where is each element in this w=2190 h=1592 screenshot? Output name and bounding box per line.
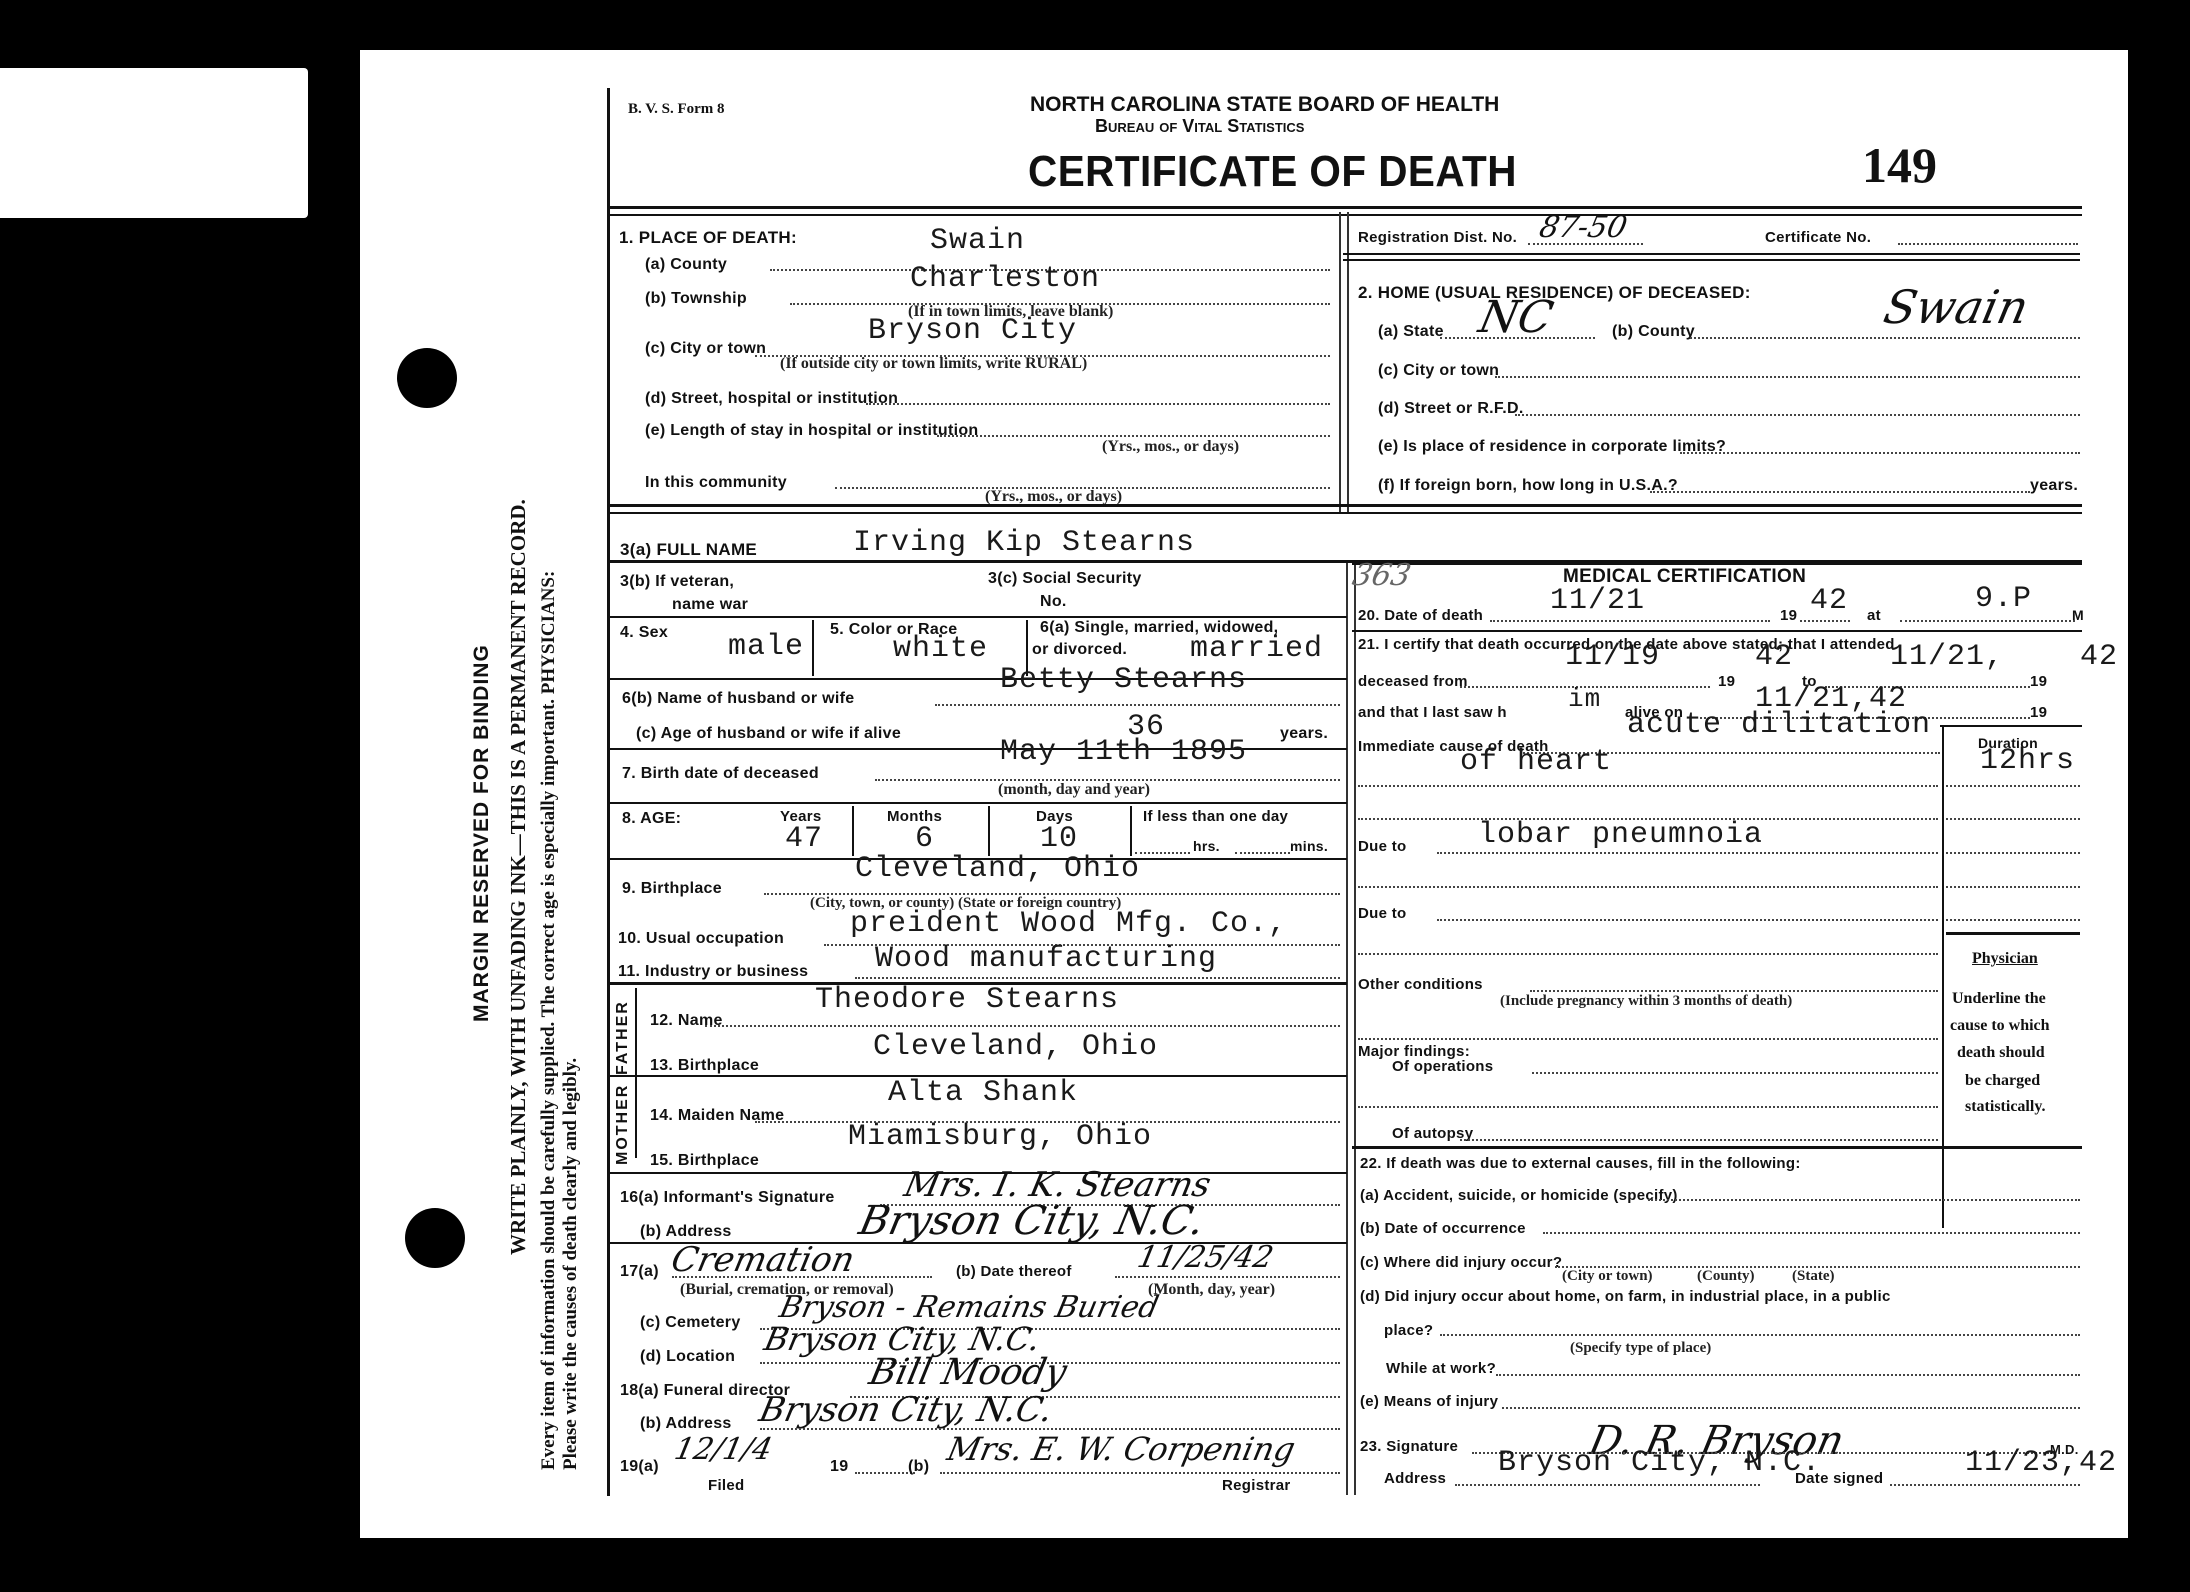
autopsy-line[interactable]: [1460, 1139, 1938, 1141]
medical-bottom-rule: [1352, 1146, 2082, 1149]
header-rule-1: [607, 206, 2082, 209]
date-signed-line: [1890, 1484, 2080, 1486]
margin-reserved-text: MARGIN RESERVED FOR BINDING: [470, 644, 494, 1022]
ssn-label-1: 3(c) Social Security: [988, 570, 1142, 588]
physician-note-line-5: statistically.: [1965, 1098, 2045, 1116]
external-c-hint-state: (State): [1792, 1268, 1834, 1285]
death-time-suffix: M: [2072, 607, 2084, 623]
full-name-label: 3(a) FULL NAME: [620, 540, 757, 560]
spouse-name-label: 6(b) Name of husband or wife: [622, 690, 854, 708]
age-label: 8. AGE:: [622, 810, 681, 828]
margin-instruction-2b: Please write the causes of death clearly…: [560, 1058, 582, 1470]
attended-from-year-prefix: 19: [1718, 673, 1735, 690]
physician-note-line-4: be charged: [1965, 1072, 2040, 1090]
external-e-label: (e) Means of injury: [1360, 1393, 1498, 1410]
home-city-label: (c) City or town: [1378, 362, 1499, 380]
full-name-value[interactable]: Irving Kip Stearns: [853, 526, 1195, 560]
registrar-line: [940, 1472, 1340, 1474]
external-c-label: (c) Where did injury occur?: [1360, 1254, 1562, 1271]
mother-birthplace-label: 15. Birthplace: [650, 1152, 759, 1170]
death-time-line: [1900, 620, 2075, 622]
age-days-value[interactable]: 10: [1040, 822, 1078, 856]
community-label: In this community: [645, 474, 787, 492]
registrar-label: Registrar: [1222, 1477, 1291, 1494]
external-c-hint-county: (County): [1697, 1268, 1755, 1285]
registration-rule: [1343, 253, 2080, 255]
filed-year-label: 19: [830, 1458, 848, 1476]
duration-line-2: [1946, 818, 2080, 820]
death-township-value[interactable]: Charleston: [910, 262, 1100, 296]
home-state-label: (a) State: [1378, 323, 1444, 341]
binding-hole-top: [397, 348, 457, 408]
industry-value[interactable]: Wood manufacturing: [875, 942, 1217, 976]
death-year-line: [1800, 620, 1850, 622]
mother-birthplace-value[interactable]: Miamisburg, Ohio: [848, 1120, 1152, 1154]
date-signed-label: Date signed: [1795, 1470, 1883, 1487]
home-state-value[interactable]: NC: [1475, 292, 1558, 343]
attended-to-year[interactable]: 42: [2080, 640, 2118, 674]
sex-label: 4. Sex: [620, 624, 668, 642]
section-rule-1: [607, 504, 2082, 507]
other-conditions-hint: (Include pregnancy within 3 months of de…: [1500, 993, 1792, 1010]
death-street-line[interactable]: [866, 403, 1330, 405]
age-years-value[interactable]: 47: [785, 822, 823, 856]
external-b-line[interactable]: [1543, 1232, 2080, 1234]
certificate-paper: [360, 50, 2128, 1538]
home-street-line[interactable]: [1515, 414, 2080, 416]
marital-label-2: or divorced.: [1032, 641, 1127, 659]
last-saw-label: and that I last saw h: [1358, 704, 1507, 721]
age-divider-2: [988, 806, 990, 856]
cemetery-label: (c) Cemetery: [640, 1314, 741, 1332]
due-to-1-line: [1437, 852, 1938, 854]
date-signed-value[interactable]: 11/23,42: [1965, 1446, 2117, 1480]
death-county-label: (a) County: [645, 256, 727, 274]
occupation-value[interactable]: preident Wood Mfg. Co.,: [850, 907, 1287, 941]
cause-line-7: [1358, 953, 1938, 955]
age-hrs-line[interactable]: [1135, 852, 1190, 854]
death-year-value[interactable]: 42: [1810, 584, 1848, 618]
age-hrs-label: hrs.: [1193, 838, 1220, 854]
registration-rule-2: [1343, 259, 2080, 261]
sex-divider: [812, 620, 814, 676]
death-city-label: (c) City or town: [645, 340, 766, 358]
duration-line-4: [1946, 886, 2080, 888]
home-corporate-label: (e) Is place of residence in corporate l…: [1378, 438, 1726, 456]
physician-address-value[interactable]: Bryson City, N.C.: [1498, 1446, 1821, 1480]
death-year-prefix: 19: [1780, 607, 1797, 624]
medical-annotation: 363: [1349, 558, 1414, 593]
perforated-edge: [352, 68, 368, 1540]
age-divider-1: [852, 806, 854, 856]
funeral-address-value[interactable]: Bryson City, N.C.: [756, 1390, 1056, 1430]
home-county-label: (b) County: [1612, 323, 1695, 341]
due-to-1-label: Due to: [1358, 838, 1406, 855]
certificate-no-label: Certificate No.: [1765, 229, 1871, 246]
attended-to-year-prefix: 19: [2030, 673, 2047, 690]
father-tag: FATHER: [614, 1000, 632, 1075]
external-e-line[interactable]: [1502, 1407, 2080, 1409]
age-mins-label: mins.: [1290, 838, 1328, 854]
sheet-number: 149: [1862, 136, 1937, 194]
disposition-date-label: (b) Date thereof: [956, 1263, 1072, 1280]
column-divider-bottom: [1346, 560, 1356, 1495]
birth-date-rule: [607, 802, 1347, 804]
filed-date-value[interactable]: 12/1/4: [671, 1432, 775, 1467]
age-months-value[interactable]: 6: [915, 822, 934, 856]
attended-to-value[interactable]: 11/21,: [1890, 640, 2004, 674]
race-value[interactable]: white: [893, 632, 988, 666]
attended-from-label: deceased from: [1358, 673, 1468, 690]
margin-instruction-2a: Every item of information should be care…: [538, 571, 560, 1470]
last-saw-pronoun[interactable]: im: [1568, 684, 1601, 714]
age-mins-line[interactable]: [1235, 852, 1290, 854]
disposition-method-line: [672, 1276, 932, 1278]
duration-line-1: [1946, 785, 2080, 787]
external-label: 22. If death was due to external causes,…: [1360, 1155, 1801, 1172]
disposition-label: 17(a): [620, 1263, 659, 1281]
physician-note-line-3: death should: [1957, 1044, 2045, 1062]
operations-line[interactable]: [1532, 1072, 1938, 1074]
location-label: (d) Location: [640, 1348, 735, 1366]
adjacent-page-stub: [0, 68, 308, 218]
death-date-rule: [1352, 630, 2082, 632]
death-township-label: (b) Township: [645, 290, 747, 308]
immediate-cause-1[interactable]: acute dilitation: [1627, 708, 1931, 742]
home-city-line[interactable]: [1495, 376, 2080, 378]
veteran-label-2: name war: [672, 596, 748, 614]
industry-line: [855, 977, 1340, 979]
cause-line-9: [1358, 1038, 1938, 1040]
place-of-death-label: 1. PLACE OF DEATH:: [619, 228, 797, 248]
occupation-label: 10. Usual occupation: [618, 930, 784, 948]
disposition-method-value[interactable]: Cremation: [668, 1240, 858, 1280]
funeral-director-value[interactable]: Bill Moody: [866, 1352, 1071, 1393]
cause-line-5: [1358, 886, 1938, 888]
external-d-label-2: place?: [1384, 1322, 1433, 1339]
immediate-cause-2[interactable]: of heart: [1460, 745, 1612, 779]
father-name-line: [705, 1025, 1340, 1027]
duration-line-5: [1946, 919, 2080, 921]
sex-value[interactable]: male: [728, 630, 804, 664]
registrar-value[interactable]: Mrs. E. W. Corpening: [944, 1430, 1299, 1468]
home-foreign-label: (f) If foreign born, how long in U.S.A.?: [1378, 477, 1678, 495]
physician-signature-label: 23. Signature: [1360, 1438, 1458, 1455]
external-work-line[interactable]: [1496, 1374, 2080, 1376]
stay-length-label: (e) Length of stay in hospital or instit…: [645, 422, 978, 440]
birthplace-label: 9. Birthplace: [622, 880, 722, 898]
filed-year-line: [855, 1472, 915, 1474]
disposition-date-value[interactable]: 11/25/42: [1134, 1240, 1276, 1275]
death-date-value[interactable]: 11/21: [1550, 584, 1645, 618]
operations-label: Of operations: [1392, 1058, 1493, 1075]
birth-date-label: 7. Birth date of deceased: [622, 765, 819, 783]
physician-address-line: [1455, 1484, 1760, 1486]
parents-tag-divider: [635, 988, 637, 1158]
age-divider-3: [1130, 806, 1132, 856]
external-c-hint-city: (City or town): [1562, 1268, 1653, 1285]
home-corporate-line[interactable]: [1680, 452, 2080, 454]
home-foreign-line[interactable]: [1650, 491, 2030, 493]
physician-note-line-1: Underline the: [1952, 990, 2046, 1008]
death-time-value[interactable]: 9.P: [1975, 582, 2032, 616]
home-county-value[interactable]: Swain: [1879, 280, 2033, 334]
attended-from-value[interactable]: 11/19: [1565, 640, 1660, 674]
registration-dist-line: [1528, 243, 1643, 245]
death-date-line: [1490, 620, 1770, 622]
due-to-1-value[interactable]: lobar pneumnoia: [1478, 818, 1763, 852]
death-date-label: 20. Date of death: [1358, 607, 1483, 624]
spouse-name-value[interactable]: Betty Stearns: [1000, 663, 1247, 697]
immediate-cause-line-2: [1358, 785, 1938, 787]
registration-dist-value[interactable]: 87-50: [1536, 210, 1630, 245]
death-at-label: at: [1867, 607, 1881, 624]
due-to-2-label: Due to: [1358, 905, 1406, 922]
external-a-line[interactable]: [1648, 1199, 2080, 1201]
bureau-name: Bureau of Vital Statistics: [1095, 116, 1304, 137]
binding-hole-bottom: [405, 1208, 465, 1268]
home-state-line: [1440, 337, 1595, 339]
father-birthplace-value[interactable]: Cleveland, Ohio: [873, 1030, 1158, 1064]
certificate-no-line[interactable]: [1898, 243, 2078, 245]
physician-address-label: Address: [1384, 1470, 1446, 1487]
stay-length-hint: (Yrs., mos., or days): [1102, 438, 1239, 456]
marital-value[interactable]: married: [1190, 632, 1323, 666]
physician-note-line-2: cause to which: [1950, 1017, 2050, 1035]
mother-name-value[interactable]: Alta Shank: [888, 1076, 1078, 1110]
column-divider-top: [1339, 212, 1349, 512]
birth-date-value[interactable]: May 11th 1895: [1000, 735, 1247, 769]
funeral-address-label: (b) Address: [640, 1415, 732, 1433]
father-birthplace-label: 13. Birthplace: [650, 1057, 759, 1075]
informant-address-label: (b) Address: [640, 1223, 732, 1241]
other-conditions-line[interactable]: [1530, 990, 1938, 992]
other-conditions-label: Other conditions: [1358, 976, 1483, 993]
death-street-label: (d) Street, hospital or institution: [645, 390, 898, 408]
spouse-age-unit: years.: [1280, 725, 1328, 743]
duration-bottom-rule: [1946, 932, 2080, 935]
external-d-label: (d) Did injury occur about home, on farm…: [1360, 1288, 1891, 1305]
veteran-rule: [607, 616, 1347, 618]
stay-length-line[interactable]: [937, 435, 1330, 437]
page-title: CERTIFICATE OF DEATH: [1028, 147, 1517, 197]
registration-dist-label: Registration Dist. No.: [1358, 229, 1517, 246]
alive-on-year-prefix: 19: [2030, 704, 2047, 721]
section-rule-1b: [607, 512, 2082, 514]
external-a-label: (a) Accident, suicide, or homicide (spec…: [1360, 1187, 1678, 1204]
death-county-value[interactable]: Swain: [930, 224, 1025, 258]
attended-from-year[interactable]: 42: [1755, 640, 1793, 674]
death-city-value[interactable]: Bryson City: [868, 314, 1077, 348]
duration-divider: [1942, 726, 1944, 1228]
filed-prefix: 19(a): [620, 1458, 659, 1476]
duration-value[interactable]: 12hrs: [1980, 744, 2075, 778]
disposition-date-hint: (Month, day, year): [1148, 1281, 1275, 1299]
informant-signature-label: 16(a) Informant's Signature: [620, 1189, 835, 1207]
spouse-name-line: [935, 704, 1340, 706]
birth-date-hint: (month, day and year): [998, 781, 1150, 799]
age-less-label: If less than one day: [1143, 808, 1288, 825]
agency-name: NORTH CAROLINA STATE BOARD OF HEALTH: [1030, 93, 1499, 117]
external-d-line[interactable]: [1440, 1334, 2080, 1336]
city-hint: (If outside city or town limits, write R…: [780, 355, 1087, 373]
cause-line-11: [1358, 1106, 1938, 1108]
left-border-line: [607, 88, 610, 1496]
duration-line-3: [1946, 852, 2080, 854]
registrar-prefix: (b): [908, 1458, 929, 1476]
home-street-label: (d) Street or R.F.D.: [1378, 400, 1524, 418]
due-to-2-line[interactable]: [1437, 919, 1938, 921]
margin-instruction-1: WRITE PLAINLY, WITH UNFADING INK—THIS IS…: [506, 499, 531, 1255]
industry-label: 11. Industry or business: [618, 963, 808, 981]
medical-top-rule: [1352, 562, 2082, 565]
external-work-label: While at work?: [1386, 1360, 1496, 1377]
duration-top-rule: [1940, 725, 2082, 727]
veteran-label-1: 3(b) If veteran,: [620, 573, 734, 591]
father-name-label: 12. Name: [650, 1012, 723, 1030]
form-id: B. V. S. Form 8: [628, 101, 725, 118]
ssn-label-2: No.: [1040, 593, 1067, 611]
informant-address-value[interactable]: Bryson City, N.C.: [855, 1198, 1208, 1244]
home-county-line: [1690, 337, 2080, 339]
father-name-value[interactable]: Theodore Stearns: [815, 983, 1119, 1017]
physician-note-title: Physician: [1972, 950, 2038, 968]
birthplace-value[interactable]: Cleveland, Ohio: [855, 852, 1140, 886]
home-foreign-unit: years.: [2030, 477, 2078, 495]
mother-tag: MOTHER: [614, 1084, 632, 1165]
spouse-age-label: (c) Age of husband or wife if alive: [636, 725, 901, 743]
external-d-hint: (Specify type of place): [1570, 1340, 1711, 1357]
disposition-date-line: [1115, 1276, 1340, 1278]
filed-label: Filed: [708, 1477, 745, 1494]
external-b-label: (b) Date of occurrence: [1360, 1220, 1526, 1237]
